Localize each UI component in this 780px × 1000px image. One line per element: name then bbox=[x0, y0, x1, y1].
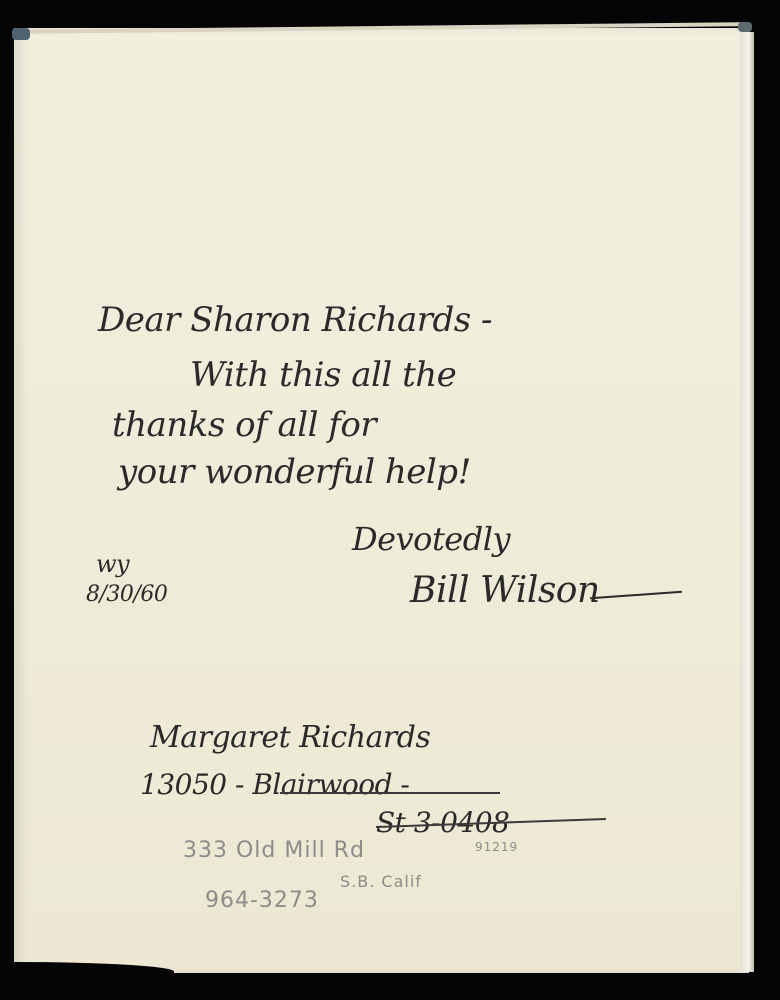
inscription-line-1: Dear Sharon Richards - bbox=[98, 300, 492, 340]
notation-date: 8/30/60 bbox=[86, 582, 167, 607]
cover-corner-right bbox=[738, 22, 752, 32]
address-street-struck: 13050 - Blairwood - bbox=[140, 768, 409, 801]
inscription-line-4: your wonderful help! bbox=[118, 452, 471, 492]
signature: Bill Wilson bbox=[410, 570, 600, 611]
inscription-line-2: With this all the bbox=[190, 355, 456, 395]
pencil-address-phone: 964-3273 bbox=[205, 888, 319, 913]
pencil-address-zip: 91219 bbox=[475, 840, 518, 854]
notation-initials: wy bbox=[96, 550, 129, 578]
strikethrough-street bbox=[280, 792, 500, 794]
pencil-address-city: S.B. Calif bbox=[340, 872, 422, 891]
cover-corner-left bbox=[12, 28, 30, 40]
address-name: Margaret Richards bbox=[150, 720, 430, 755]
pencil-address-street: 333 Old Mill Rd bbox=[183, 838, 365, 863]
inscription-closing: Devotedly bbox=[352, 520, 510, 558]
page-edge-right bbox=[740, 32, 754, 972]
inscription-line-3: thanks of all for bbox=[112, 405, 376, 445]
